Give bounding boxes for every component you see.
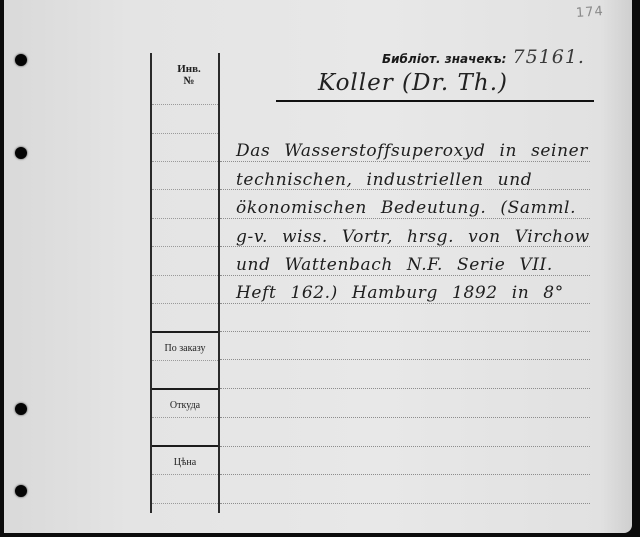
catalog-card: 174 Инв. № По заказу Откуда Цѣна Библіот…: [4, 0, 632, 533]
inventory-row-line: [152, 303, 218, 304]
ruled-line: [220, 446, 590, 447]
punch-hole: [15, 485, 27, 497]
shelfmark-value: 75161.: [512, 46, 584, 68]
corner-number: 174: [576, 4, 605, 21]
inventory-row-line: [152, 246, 218, 247]
ruled-line: [220, 388, 590, 389]
inventory-label: Инв.: [156, 63, 222, 75]
description-line: Heft 162.) Hamburg 1892 in 8°: [236, 283, 564, 303]
inventory-row-line: [152, 189, 218, 190]
description-line: ökonomischen Bedeutung. (Samml.: [236, 198, 576, 218]
section-label-order: По заказу: [152, 343, 218, 354]
section-row-line: [152, 474, 218, 475]
number-sign: №: [156, 75, 222, 87]
shelfmark-label: Библіот. значекъ:: [382, 52, 506, 66]
shelfmark: Библіот. значекъ:75161.: [382, 46, 585, 68]
section-label-price: Цѣна: [152, 457, 218, 468]
ruled-line: [220, 474, 590, 475]
author-underline: [276, 100, 594, 102]
left-column-border: [150, 53, 152, 513]
inventory-row-line: [152, 104, 218, 105]
section-divider: [152, 331, 218, 333]
section-row-line: [152, 503, 218, 504]
description-line: und Wattenbach N.F. Serie VII.: [236, 255, 553, 275]
left-column-border: [218, 53, 220, 513]
inventory-row-line: [152, 133, 218, 134]
punch-hole: [15, 147, 27, 159]
punch-hole: [15, 54, 27, 66]
section-divider: [152, 445, 218, 447]
ruled-line: [220, 218, 590, 219]
description-line: technischen, industriellen und: [236, 170, 532, 190]
inventory-number-header: Инв. №: [156, 63, 222, 87]
section-label-source: Откуда: [152, 400, 218, 411]
inventory-row-line: [152, 218, 218, 219]
author-heading: Koller (Dr. Th.): [318, 70, 508, 96]
inventory-row-line: [152, 161, 218, 162]
description-line: Das Wasserstoffsuperoxyd in seiner: [236, 141, 588, 161]
ruled-line: [220, 417, 590, 418]
ruled-line: [220, 503, 590, 504]
punch-hole: [15, 403, 27, 415]
section-row-line: [152, 417, 218, 418]
ruled-line: [220, 331, 590, 332]
ruled-line: [220, 275, 590, 276]
ruled-line: [220, 303, 590, 304]
description-line: g-v. wiss. Vortr, hrsg. von Virchow: [236, 227, 590, 247]
inventory-row-line: [152, 275, 218, 276]
ruled-line: [220, 359, 590, 360]
ruled-line: [220, 161, 590, 162]
section-row-line: [152, 360, 218, 361]
section-divider: [152, 388, 218, 390]
